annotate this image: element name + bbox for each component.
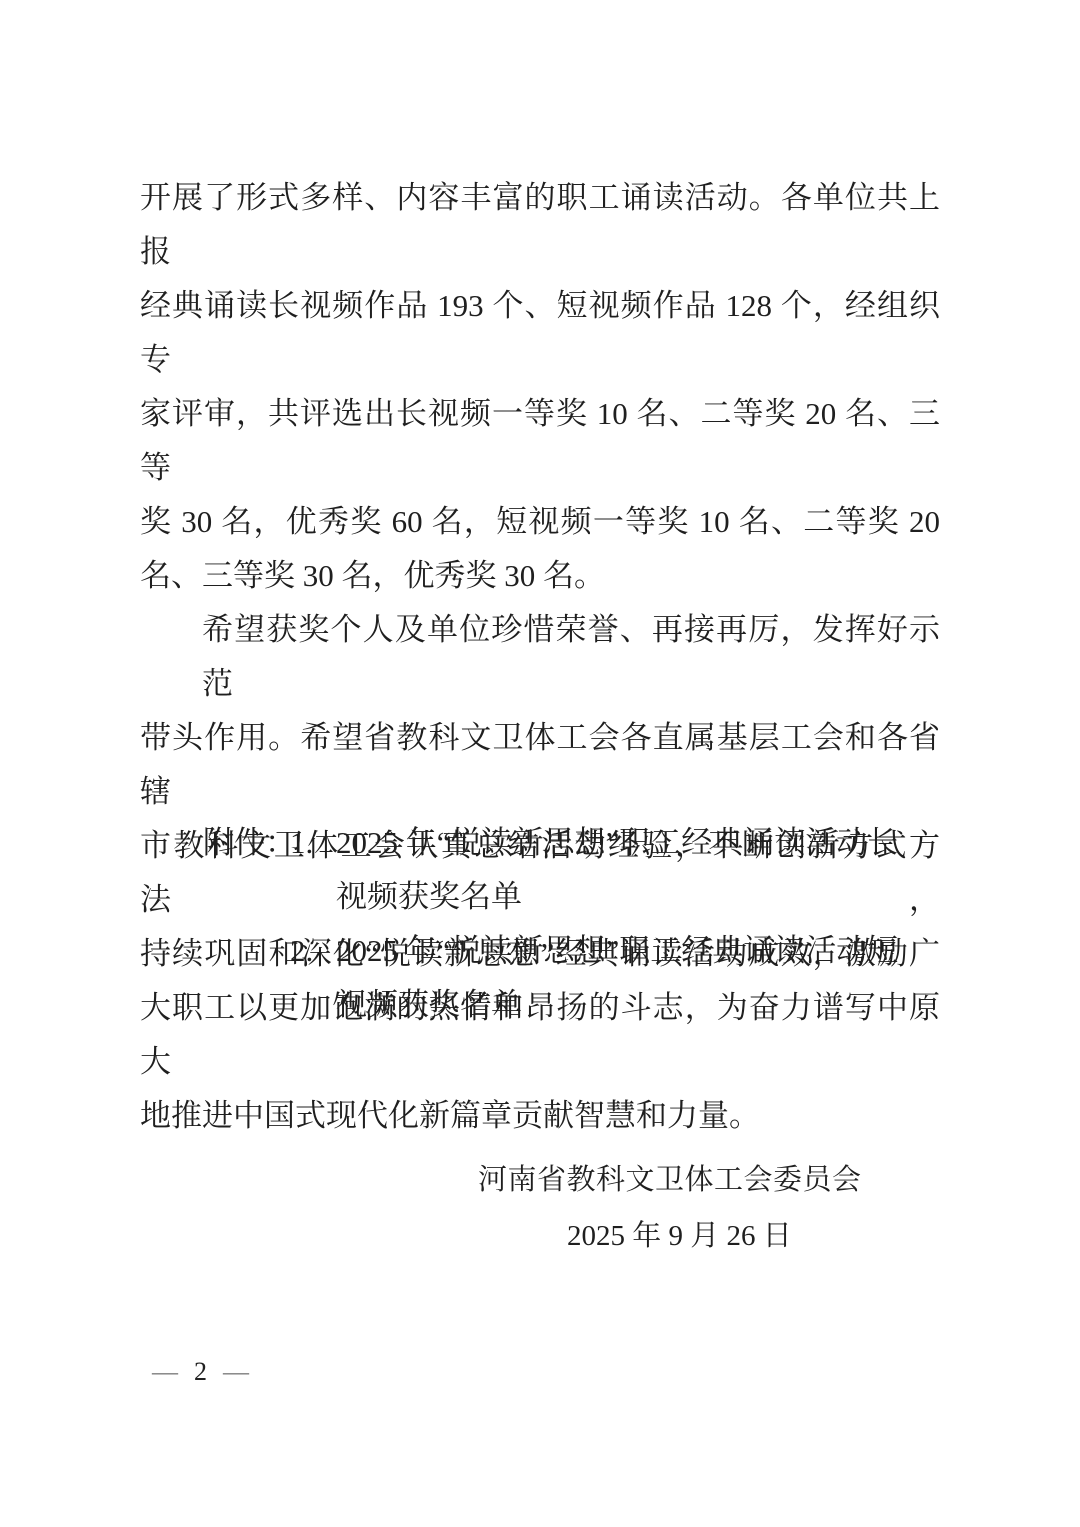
- attachment-item-number: 2.: [290, 924, 336, 978]
- text-line: 希望获奖个人及单位珍惜荣誉、再接再厉，发挥好示范: [140, 603, 940, 711]
- attachments-section: 附件： 1. 2025 年“悦读新思想”职工经典诵读活动长 视频获奖名单 2. …: [203, 816, 948, 1032]
- text-line: 名、三等奖 30 名，优秀奖 30 名。: [140, 549, 940, 603]
- document-page: 开展了形式多样、内容丰富的职工诵读活动。各单位共上报 经典诵读长视频作品 193…: [0, 0, 1080, 1527]
- text-line: 带头作用。希望省教科文卫体工会各直属基层工会和各省辖: [140, 711, 940, 819]
- text-line: 家评审，共评选出长视频一等奖 10 名、二等奖 20 名、三等: [140, 387, 940, 495]
- text-line: 经典诵读长视频作品 193 个、短视频作品 128 个，经组织专: [140, 279, 940, 387]
- page-number-value: 2: [194, 1352, 207, 1392]
- page-number: — 2 —: [152, 1352, 249, 1392]
- text-line: 开展了形式多样、内容丰富的职工诵读活动。各单位共上报: [140, 171, 940, 279]
- attachment-item-2: 2. 2025 年“悦读新思想”职工经典诵读活动短: [203, 924, 948, 978]
- attachment-item-number: 1.: [290, 816, 336, 870]
- attachment-item-title-continuation: 视频获奖名单: [203, 978, 948, 1032]
- attachment-item-title-continuation: 视频获奖名单: [203, 870, 948, 924]
- page-number-right-dash: —: [223, 1352, 249, 1392]
- attachment-item-1: 附件： 1. 2025 年“悦读新思想”职工经典诵读活动长: [203, 816, 948, 870]
- signature-organization: 河南省教科文卫体工会委员会: [478, 1153, 862, 1207]
- text-line: 地推进中国式现代化新篇章贡献智慧和力量。: [140, 1089, 940, 1143]
- attachment-item-title: 2025 年“悦读新思想”职工经典诵读活动长: [336, 816, 898, 870]
- paragraph-1: 开展了形式多样、内容丰富的职工诵读活动。各单位共上报 经典诵读长视频作品 193…: [140, 171, 940, 603]
- attachment-item-title: 2025 年“悦读新思想”职工经典诵读活动短: [336, 924, 898, 978]
- page-number-left-dash: —: [152, 1352, 178, 1392]
- signature-date: 2025 年 9 月 26 日: [567, 1209, 792, 1263]
- text-line: 奖 30 名，优秀奖 60 名，短视频一等奖 10 名、二等奖 20: [140, 495, 940, 549]
- attachments-label: 附件：: [203, 816, 290, 870]
